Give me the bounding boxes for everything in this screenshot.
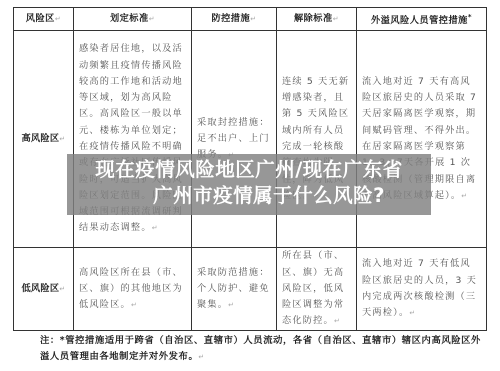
risk-area-label: 低风险区↵	[14, 248, 74, 331]
header-measures: 防控措施↵	[192, 8, 277, 31]
overlay-title-line-2: 广州市疫情属于什么风险?	[67, 183, 431, 209]
footnote: 注：*管控措施适用于跨省（自治区、直辖市）人员流动，各省（自治区、直辖市）辖区内…	[40, 333, 490, 365]
header-risk-area: 风险区↵	[14, 8, 74, 31]
measures-cell: 采取防范措施：个人防护、避免聚集。↵	[192, 248, 277, 331]
overlay-title-line-1: 现在疫情风险地区广州/现在广东省	[67, 157, 431, 183]
header-release: 解除标准↵	[277, 8, 357, 31]
release-cell: 所在县（市、区、旗）无高风险区，低风险区调整为常态化防控。↵	[277, 248, 357, 331]
risk-area-label: 高风险区↵	[14, 31, 74, 248]
header-overflow: 外溢风险人员管控措施*	[357, 8, 487, 31]
header-criteria: 划定标准↵	[74, 8, 192, 31]
criteria-cell: 高风险区所在县（市、区、旗）的其他地区为低风险区。↵	[74, 248, 192, 331]
overflow-cell: 流入地对近 7 天有低风险区旅居史的人员，3 天内完成两次核酸检测（三天两检）。…	[357, 248, 487, 331]
table-header-row: 风险区↵ 划定标准↵ 防控措施↵ 解除标准↵ 外溢风险人员管控措施*	[14, 8, 487, 31]
table-row: 低风险区↵ 高风险区所在县（市、区、旗）的其他地区为低风险区。↵ 采取防范措施：…	[14, 248, 487, 331]
article-title-overlay: 现在疫情风险地区广州/现在广东省 广州市疫情属于什么风险?	[67, 157, 431, 209]
